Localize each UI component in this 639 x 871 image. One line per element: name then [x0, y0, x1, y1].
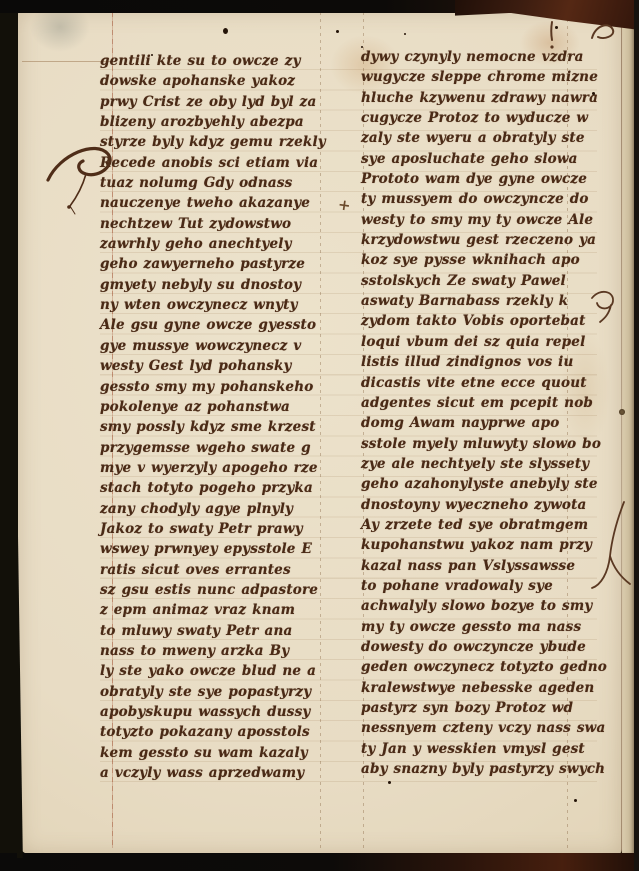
text-line: zany chodyly agye plnyly — [100, 499, 332, 519]
text-line: to pohane vradowaly sye — [361, 576, 597, 596]
text-line: z epm animaz vraz knam — [100, 600, 332, 620]
text-line: dicastis vite etne ecce quout — [361, 373, 597, 393]
text-line: dnostoyny wyeczneho zywota — [361, 495, 597, 515]
text-line: my ty owcze gessto ma nass — [361, 617, 597, 637]
text-column-right: dywy czynyly nemocne vzdrawugycze sleppe… — [361, 47, 597, 779]
text-line: krzydowstwu gest rzeczeno ya — [361, 230, 597, 250]
text-line: Prototo wam dye gyne owcze — [361, 169, 597, 189]
text-line: westy Gest lyd pohansky — [100, 356, 332, 376]
ink-spot — [336, 30, 339, 33]
ink-spot — [388, 781, 391, 784]
text-line: nass to mweny arzka By — [100, 641, 332, 661]
text-line: mye v wyerzyly apogeho rze — [100, 458, 332, 478]
text-line: Jakoz to swaty Petr prawy — [100, 519, 332, 539]
text-line: adgentes sicut em pcepit nob — [361, 393, 597, 413]
text-line: gentili kte su to owcze zy — [100, 51, 332, 71]
text-line: zaly ste wyeru a obratyly ste — [361, 128, 597, 148]
ink-spot — [223, 28, 228, 34]
text-line: Ale gsu gyne owcze gyessto — [100, 315, 332, 335]
text-line: styrze byly kdyz gemu rzekly — [100, 132, 332, 152]
text-line: listis illud zindignos vos iu — [361, 352, 597, 372]
text-line: zye ale nechtyely ste slyssety — [361, 454, 597, 474]
text-line: zydom takto Vobis oportebat — [361, 311, 597, 331]
text-line: blizeny arozbyehly abezpa — [100, 112, 332, 132]
paraph-flourish-icon — [44, 134, 118, 218]
text-line: kupohanstwu yakoz nam przy — [361, 535, 597, 555]
text-line: nauczenye tweho akazanye — [100, 193, 332, 213]
margin-squiggle-icon — [586, 286, 622, 324]
ink-spot — [151, 54, 153, 56]
text-line: hluche kzywenu zdrawy nawra — [361, 88, 597, 108]
text-line: tuaz nolumg Gdy odnass — [100, 173, 332, 193]
text-line: stach totyto pogeho przyka — [100, 478, 332, 498]
text-line: dowske apohanske yakoz — [100, 71, 332, 91]
text-line: nessnyem czteny vczy nass swa — [361, 718, 597, 738]
manuscript-photo: gentili kte su to owcze zydowske apohans… — [0, 0, 639, 871]
text-line: ty mussyem do owczyncze do — [361, 189, 597, 209]
text-line: wugycze sleppe chrome mizne — [361, 67, 597, 87]
text-line: koz sye pysse wknihach apo — [361, 250, 597, 270]
text-line: aswaty Barnabass rzekly k — [361, 291, 597, 311]
text-line: obratyly ste sye popastyrzy — [100, 682, 332, 702]
text-line: to mluwy swaty Petr ana — [100, 621, 332, 641]
text-line: Ay zrzete ted sye obratmgem — [361, 515, 597, 535]
text-column-left: gentili kte su to owcze zydowske apohans… — [100, 51, 332, 783]
text-line: nechtzew Tut zydowstwo — [100, 214, 332, 234]
text-line: geho zawyerneho pastyrze — [100, 254, 332, 274]
text-line: achwalyly slowo bozye to smy — [361, 596, 597, 616]
text-line: gye mussye wowczynecz v — [100, 336, 332, 356]
text-line: a vczyly wass aprzedwamy — [100, 763, 332, 783]
text-line: gessto smy my pohanskeho — [100, 377, 332, 397]
text-line: domg Awam nayprwe apo — [361, 413, 597, 433]
ink-spot — [555, 26, 558, 29]
text-line: sye aposluchate geho slowa — [361, 149, 597, 169]
text-line: apobyskupu wassych dussy — [100, 702, 332, 722]
text-line: kralewstwye nebesske ageden — [361, 678, 597, 698]
text-line: sstolskych Ze swaty Pawel — [361, 271, 597, 291]
text-line: pokolenye az pohanstwa — [100, 397, 332, 417]
text-line: dowesty do owczyncze ybude — [361, 637, 597, 657]
text-line: aby snazny byly pastyrzy swych — [361, 759, 597, 779]
ink-spot — [574, 799, 577, 802]
text-line: prwy Crist ze oby lyd byl za — [100, 92, 332, 112]
text-line: gmyety nebyly su dnostoy — [100, 275, 332, 295]
text-line: geden owczynecz totyzto gedno — [361, 657, 597, 677]
photo-background-right — [634, 0, 639, 871]
text-line: cugycze Protoz to wyducze w — [361, 108, 597, 128]
ink-spot — [361, 46, 363, 48]
text-line: totyzto pokazany aposstols — [100, 722, 332, 742]
text-line: kazal nass pan Vslyssawsse — [361, 556, 597, 576]
photo-background-bottom — [0, 853, 639, 871]
wormhole — [619, 409, 625, 415]
gutter-cross-mark: + — [337, 195, 352, 215]
text-line: kem gessto su wam kazaly — [100, 743, 332, 763]
text-line: loqui vbum dei sz quia repel — [361, 332, 597, 352]
text-line: wswey prwnyey epysstole E — [100, 539, 332, 559]
text-line: sz gsu estis nunc adpastore — [100, 580, 332, 600]
margin-flourish-icon — [588, 498, 634, 594]
ruling-line-top — [22, 61, 112, 62]
text-line: ty Jan y wesskien vmysl gest — [361, 739, 597, 759]
text-line: westy to smy my ty owcze Ale — [361, 210, 597, 230]
text-line: ny wten owczynecz wnyty — [100, 295, 332, 315]
text-line: zawrhly geho anechtyely — [100, 234, 332, 254]
text-line: geho azahonylyste anebyly ste — [361, 474, 597, 494]
text-line: ratis sicut oves errantes — [100, 560, 332, 580]
ink-spot — [404, 33, 406, 35]
quire-mark-icon — [540, 16, 620, 54]
text-line: ly ste yako owcze blud ne a — [100, 661, 332, 681]
ink-spot — [592, 92, 595, 95]
text-line: pastyrz syn bozy Protoz wd — [361, 698, 597, 718]
text-line: Recede anobis sci etiam via — [100, 153, 332, 173]
text-line: smy possly kdyz sme krzest — [100, 417, 332, 437]
text-line: sstole myely mluwyty slowo bo — [361, 434, 597, 454]
text-line: przygemsse wgeho swate g — [100, 438, 332, 458]
